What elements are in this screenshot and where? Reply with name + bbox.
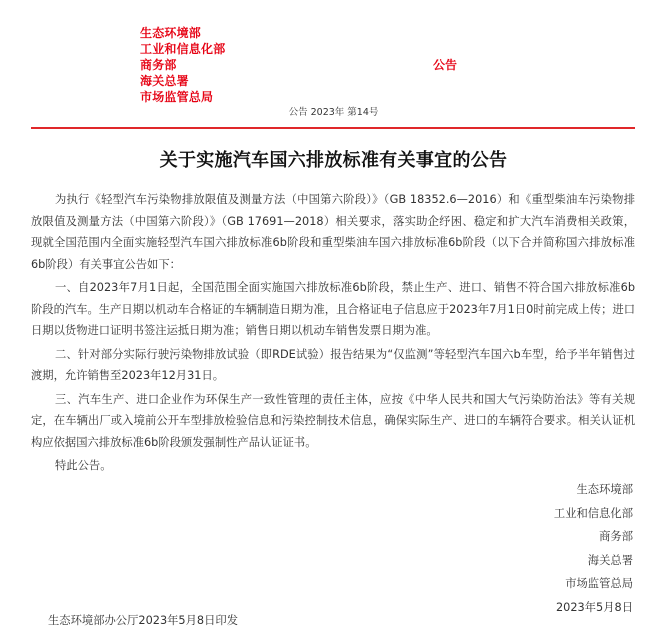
clause-2-paragraph: 二、针对部分实际行驶污染物排放试验（即RDE试验）报告结果为“仅监测”等轻型汽车… — [31, 344, 635, 387]
clause-1-paragraph: 一、自2023年7月1日起，全国范围全面实施国六排放标准6b阶段，禁止生产、进口… — [31, 277, 635, 342]
issuer-customs: 海关总署 — [140, 73, 225, 89]
signature-issuer: 海关总署 — [554, 549, 633, 573]
doc-number: 公告 2023年 第14号 — [0, 106, 667, 120]
signature-issuer: 生态环境部 — [554, 478, 633, 502]
red-divider — [31, 127, 635, 129]
clause-3-paragraph: 三、汽车生产、进口企业作为环保生产一致性管理的责任主体，应按《中华人民共和国大气… — [31, 389, 635, 454]
signature-issuer: 市场监管总局 — [554, 572, 633, 596]
signature-date: 2023年5月8日 — [554, 596, 633, 620]
issuer-list: 生态环境部 工业和信息化部 商务部 海关总署 市场监管总局 — [140, 25, 225, 105]
page-title: 关于实施汽车国六排放标准有关事宜的公告 — [0, 148, 667, 174]
signature-issuer: 商务部 — [554, 525, 633, 549]
intro-paragraph: 为执行《轻型汽车污染物排放限值及测量方法（中国第六阶段）》（GB 18352.6… — [31, 189, 635, 275]
doc-type-label: 公告 — [433, 57, 457, 73]
issuer-miit: 工业和信息化部 — [140, 41, 225, 57]
signature-issuer: 工业和信息化部 — [554, 502, 633, 526]
closing-paragraph: 特此公告。 — [31, 455, 635, 477]
signature-block: 生态环境部 工业和信息化部 商务部 海关总署 市场监管总局 2023年5月8日 — [554, 478, 633, 619]
print-note: 生态环境部办公厅2023年5月8日印发 — [48, 612, 238, 630]
issuer-samr: 市场监管总局 — [140, 89, 225, 105]
issuer-mofcom: 商务部 — [140, 57, 225, 73]
document-body: 为执行《轻型汽车污染物排放限值及测量方法（中国第六阶段）》（GB 18352.6… — [31, 189, 635, 479]
issuer-ministry-ecology-environment: 生态环境部 — [140, 25, 225, 41]
